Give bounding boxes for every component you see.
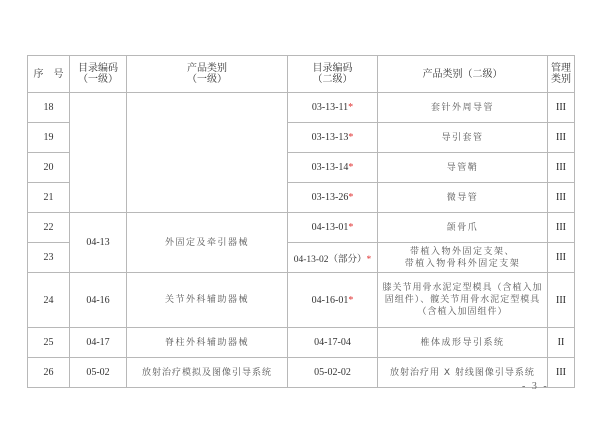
table-row: 18 03-13-11* 套针外周导管 III [28,93,575,123]
cat1-cell: 放射治疗模拟及图像引导系统 [127,358,288,388]
code1-cell: 04-16 [70,273,127,328]
code2-cell: 03-13-14* [288,153,378,183]
cat2-cell: 带植入物外固定支架、 带植入物骨科外固定支架 [378,243,548,273]
mgmt-cell: II [548,328,575,358]
cat1-cell: 关节外科辅助器械 [127,273,288,328]
cat2-cell: 导管鞘 [378,153,548,183]
mgmt-cell: III [548,183,575,213]
table-row: 22 04-13 外固定及牵引器械 04-13-01* 颌骨爪 III [28,213,575,243]
star-marker: * [348,222,353,233]
header-management-class: 管理 类别 [548,56,575,93]
code2-cell: 04-13-02（部分）* [288,243,378,273]
seq-cell: 20 [28,153,70,183]
mgmt-cell: III [548,358,575,388]
table-row: 25 04-17 脊柱外科辅助器械 04-17-04 椎体成形导引系统 II [28,328,575,358]
cat1-cell: 脊柱外科辅助器械 [127,328,288,358]
mgmt-cell: III [548,93,575,123]
mgmt-cell: III [548,273,575,328]
header-seq: 序 号 [28,56,70,93]
mgmt-cell: III [548,123,575,153]
cat2-cell: 套针外周导管 [378,93,548,123]
table-row: 24 04-16 关节外科辅助器械 04-16-01* 膝关节用骨水泥定型模具（… [28,273,575,328]
mgmt-cell: III [548,243,575,273]
cat2-cell: 导引套管 [378,123,548,153]
seq-cell: 19 [28,123,70,153]
header-code-level1: 目录编码 （一级） [70,56,127,93]
cat2-cell: 膝关节用骨水泥定型模具（含植入加固组件）、髋关节用骨水泥定型模具（含植入加固组件… [378,273,548,328]
star-marker: * [348,162,353,173]
seq-cell: 26 [28,358,70,388]
device-catalog-table: 序 号 目录编码 （一级） 产品类别 （一级） 目录编码 （二级） 产品类别（二… [27,55,575,388]
seq-cell: 21 [28,183,70,213]
code2-cell: 03-13-13* [288,123,378,153]
cat2-cell: 椎体成形导引系统 [378,328,548,358]
cat2-cell: 颌骨爪 [378,213,548,243]
seq-cell: 18 [28,93,70,123]
cat1-cell-empty [127,93,288,213]
table-row: 26 05-02 放射治疗模拟及图像引导系统 05-02-02 放射治疗用 X … [28,358,575,388]
mgmt-cell: III [548,153,575,183]
seq-cell: 23 [28,243,70,273]
code2-cell: 04-17-04 [288,328,378,358]
code2-cell: 04-16-01* [288,273,378,328]
code1-cell-empty [70,93,127,213]
star-marker: * [348,102,353,113]
header-category-level2: 产品类别（二级） [378,56,548,93]
code1-cell: 05-02 [70,358,127,388]
star-marker: * [348,132,353,143]
seq-cell: 25 [28,328,70,358]
star-marker: * [348,295,353,306]
code2-cell: 03-13-26* [288,183,378,213]
header-row: 序 号 目录编码 （一级） 产品类别 （一级） 目录编码 （二级） 产品类别（二… [28,56,575,93]
star-marker: * [367,255,372,265]
code2-cell: 03-13-11* [288,93,378,123]
seq-cell: 22 [28,213,70,243]
seq-cell: 24 [28,273,70,328]
mgmt-cell: III [548,213,575,243]
code1-cell: 04-17 [70,328,127,358]
code2-cell: 05-02-02 [288,358,378,388]
cat2-cell: 微导管 [378,183,548,213]
page-number: - 3 - [522,381,549,392]
star-marker: * [348,192,353,203]
code1-cell: 04-13 [70,213,127,273]
code2-cell: 04-13-01* [288,213,378,243]
header-code-level2: 目录编码 （二级） [288,56,378,93]
cat1-cell: 外固定及牵引器械 [127,213,288,273]
header-category-level1: 产品类别 （一级） [127,56,288,93]
